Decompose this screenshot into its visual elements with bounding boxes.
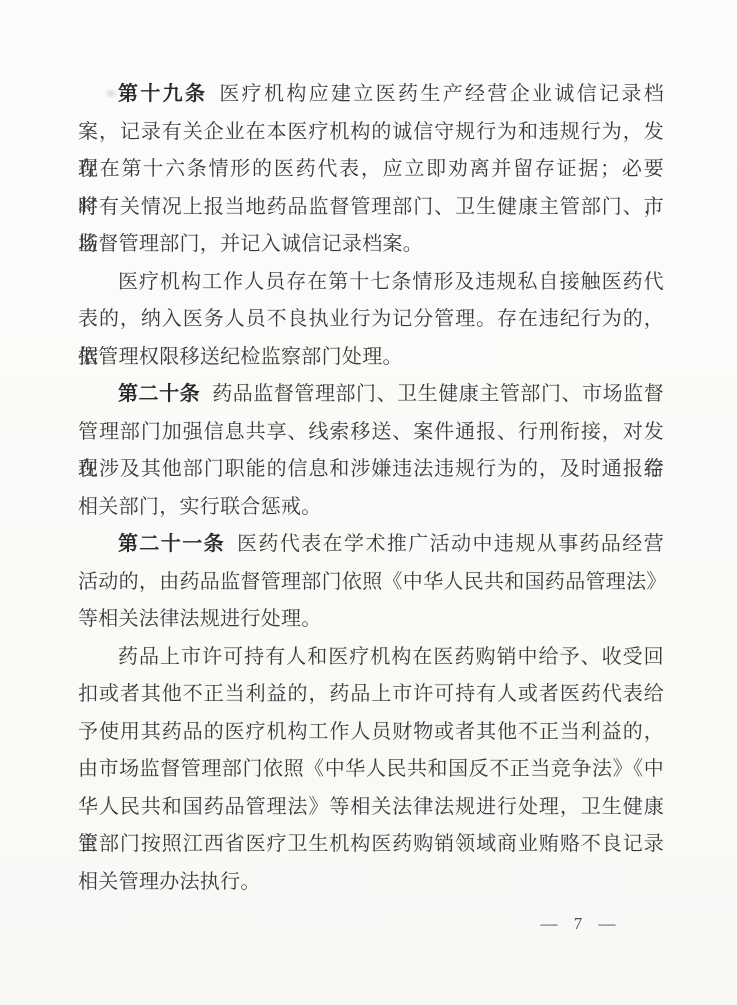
- text-line: 华人民共和国药品管理法》等相关法律法规进行处理，卫生健康主: [78, 789, 664, 827]
- article-number-heading: 第二十一条: [118, 533, 225, 555]
- article-number-heading: 第二十条: [118, 383, 200, 405]
- line-text: 据管理权限移送纪检监察部门处理。: [78, 346, 403, 368]
- line-text: 等相关法律法规进行处理。: [78, 608, 322, 630]
- text-line: 药品上市许可持有人和医疗机构在医药购销中给予、收受回: [78, 639, 664, 677]
- text-line: 据管理权限移送纪检监察部门处理。: [78, 339, 664, 377]
- text-line: 活动的，由药品监督管理部门依照《中华人民共和国药品管理法》: [78, 564, 664, 602]
- line-text: 医药代表在学术推广活动中违规从事药品经营: [237, 533, 664, 555]
- text-line: 监督管理部门，并记入诚信记录档案。: [78, 226, 664, 264]
- text-line: 相关管理办法执行。: [78, 864, 664, 902]
- text-line: 案，记录有关企业在本医疗机构的诚信守规行为和违规行为，发现: [78, 114, 664, 152]
- line-text: 由市场监督管理部门依照《中华人民共和国反不正当竞争法》《中: [78, 758, 664, 780]
- text-line: 将有关情况上报当地药品监督管理部门、卫生健康主管部门、市场: [78, 189, 664, 227]
- line-text: 药品监督管理部门、卫生健康主管部门、市场监督: [212, 383, 664, 405]
- text-line: 扣或者其他不正当利益的，药品上市许可持有人或者医药代表给: [78, 676, 664, 714]
- document-body: 第十九条医疗机构应建立医药生产经营企业诚信记录档案，记录有关企业在本医疗机构的诚…: [78, 76, 664, 901]
- line-text: 医疗机构应建立医药生产经营企业诚信记录档: [219, 83, 664, 105]
- line-text: 医疗机构工作人员存在第十七条情形及违规私自接触医药代: [118, 271, 664, 293]
- text-line: 予使用其药品的医疗机构工作人员财物或者其他不正当利益的，: [78, 714, 664, 752]
- line-text: 管部门按照江西省医疗卫生机构医药购销领域商业贿赂不良记录: [78, 833, 664, 855]
- text-line: 存在第十六条情形的医药代表，应立即劝离并留存证据；必要时，: [78, 151, 664, 189]
- text-line: 相关部门，实行联合惩戒。: [78, 489, 664, 527]
- page-number: — 7 —: [536, 914, 622, 934]
- text-line: 管部门按照江西省医疗卫生机构医药购销领域商业贿赂不良记录: [78, 826, 664, 864]
- text-line: 第十九条医疗机构应建立医药生产经营企业诚信记录档: [78, 76, 664, 114]
- text-line: 第二十条药品监督管理部门、卫生健康主管部门、市场监督: [78, 376, 664, 414]
- text-line: 在涉及其他部门职能的信息和涉嫌违法违规行为的，及时通报给: [78, 451, 664, 489]
- line-text: 予使用其药品的医疗机构工作人员财物或者其他不正当利益的，: [78, 721, 664, 743]
- text-line: 第二十一条医药代表在学术推广活动中违规从事药品经营: [78, 526, 664, 564]
- article-number-heading: 第十九条: [118, 83, 207, 105]
- line-text: 活动的，由药品监督管理部门依照《中华人民共和国药品管理法》: [78, 571, 667, 593]
- line-text: 相关管理办法执行。: [78, 871, 261, 893]
- text-line: 等相关法律法规进行处理。: [78, 601, 664, 639]
- text-line: 由市场监督管理部门依照《中华人民共和国反不正当竞争法》《中: [78, 751, 664, 789]
- line-text: 相关部门，实行联合惩戒。: [78, 496, 322, 518]
- line-text: 监督管理部门，并记入诚信记录档案。: [78, 233, 423, 255]
- text-line: 表的，纳入医务人员不良执业行为记分管理。存在违纪行为的，依: [78, 301, 664, 339]
- line-text: 扣或者其他不正当利益的，药品上市许可持有人或者医药代表给: [78, 683, 664, 705]
- text-line: 管理部门加强信息共享、线索移送、案件通报、行刑衔接，对发现存: [78, 414, 664, 452]
- text-line: 医疗机构工作人员存在第十七条情形及违规私自接触医药代: [78, 264, 664, 302]
- line-text: 药品上市许可持有人和医疗机构在医药购销中给予、收受回: [118, 646, 664, 668]
- line-text: 在涉及其他部门职能的信息和涉嫌违法违规行为的，及时通报给: [78, 458, 664, 480]
- scanned-document-page: 第十九条医疗机构应建立医药生产经营企业诚信记录档案，记录有关企业在本医疗机构的诚…: [0, 0, 737, 1005]
